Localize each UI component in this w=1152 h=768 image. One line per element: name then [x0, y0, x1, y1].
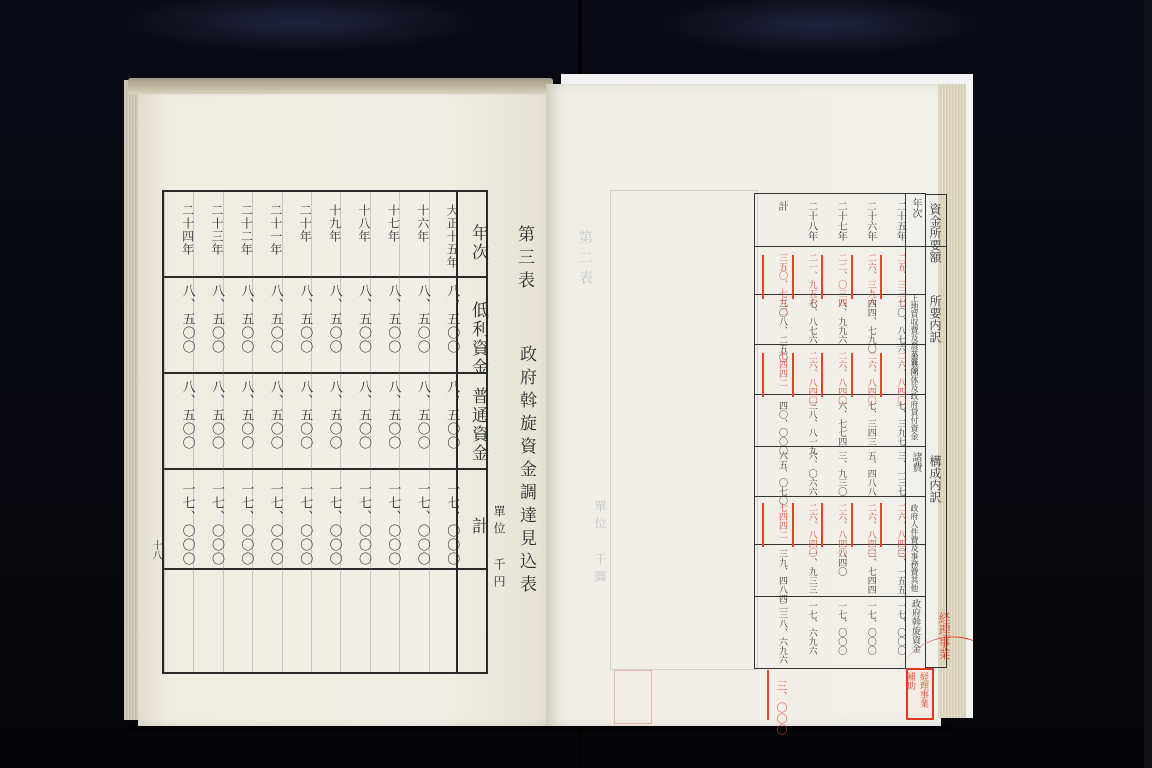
cell-breakdown-4: 三、一五五 — [874, 549, 904, 594]
table-number: 第三表 — [515, 225, 532, 294]
cell-ordinary: 八、五〇〇 — [283, 380, 312, 450]
cell-red-4: 七四四二 — [756, 503, 786, 539]
year-column: 十七年八、五〇〇八、五〇〇一七、〇〇〇 — [370, 192, 400, 672]
red-strike-line — [851, 255, 853, 299]
cell-low-interest: 八、五〇〇 — [194, 284, 223, 354]
cell-govt-fund: 一七、〇〇〇 — [874, 601, 904, 655]
red-strike-line — [851, 353, 853, 397]
cell-year: 大正十五年 — [430, 204, 459, 269]
row-header-column: 年次 低利資金 普通資金 計 — [456, 192, 486, 672]
cell-ordinary: 八、五〇〇 — [253, 380, 282, 450]
cell-low-interest: 八、五〇〇 — [312, 284, 341, 354]
cell-total: 一七、〇〇〇 — [165, 482, 194, 566]
cell-breakdown-4: 三、七四四 — [845, 549, 875, 594]
cell-breakdown-1: 四四、七九〇 — [845, 299, 875, 353]
cell-year: 二十一年 — [253, 204, 282, 256]
group-label-breakdown: 所要内訳 — [929, 295, 941, 343]
red-strike-line — [762, 255, 764, 299]
red-seal-stamp: 経理事業 補助 — [906, 668, 934, 720]
row-label-personnel: 政府人件費及事務費其他 — [910, 504, 918, 592]
group-header-column: 資金所要額 所要内訳 構成内訳 — [925, 194, 947, 668]
cell-total: 一七、〇〇〇 — [430, 482, 459, 566]
cell-breakdown-1: 八、九九六 — [815, 299, 845, 344]
cell-ordinary: 八、五〇〇 — [371, 380, 400, 450]
cell-breakdown-4: 一、九三三 — [786, 549, 816, 594]
right-year-columns: 二十五年二五、三三七二〇、八七六二六、八四〇七、三九七三、一三七二六、八四〇三、… — [756, 195, 904, 667]
cell-breakdown-2: 七、三四三 — [845, 401, 875, 446]
cell-low-interest: 八、五〇〇 — [371, 284, 400, 354]
cell-total: 一七、〇〇〇 — [341, 482, 370, 566]
cell-low-interest: 八、五〇〇 — [165, 284, 194, 354]
cell-year: 十七年 — [371, 204, 400, 243]
year-column: 二十五年二五、三三七二〇、八七六二六、八四〇七、三九七三、一三七二六、八四〇三、… — [874, 195, 904, 667]
cell-ordinary: 八、五〇〇 — [312, 380, 341, 450]
cell-breakdown-1: 二〇、八七六 — [874, 299, 904, 353]
cell-low-interest: 八、五〇〇 — [341, 284, 370, 354]
year-column: 二十八年二一、九五六七、八七六二六、八四〇三八、八一九六、〇六六二六、八四〇一、… — [786, 195, 816, 667]
red-strike-line — [792, 503, 794, 547]
ghost-heading: 第二表 — [578, 230, 592, 290]
cell-year: 十八年 — [341, 204, 370, 243]
header-year-label: 年次 — [910, 198, 920, 218]
year-column: 十九年八、五〇〇八、五〇〇一七、〇〇〇 — [311, 192, 341, 672]
year-column: 二十四年八、五〇〇八、五〇〇一七、〇〇〇 — [164, 192, 194, 672]
book-top-edge — [128, 78, 553, 94]
margin-annotation: 経理事業 — [938, 612, 950, 660]
cell-ordinary: 八、五〇〇 — [341, 380, 370, 450]
cell-breakdown-2: 四〇、〇〇〇 — [756, 401, 786, 455]
cell-ordinary: 八、五〇〇 — [224, 380, 253, 450]
year-column: 十六年八、五〇〇八、五〇〇一七、〇〇〇 — [399, 192, 429, 672]
cell-breakdown-2: 六、七七四 — [815, 401, 845, 446]
cell-year: 二十八年 — [786, 201, 816, 241]
year-column: 二十二年八、五〇〇八、五〇〇一七、〇〇〇 — [223, 192, 253, 672]
cell-ordinary: 八、五〇〇 — [430, 380, 459, 450]
red-margin-line — [767, 670, 769, 720]
cell-low-interest: 八、五〇〇 — [224, 284, 253, 354]
cell-year: 二十五年 — [874, 201, 904, 241]
cell-low-interest: 八、五〇〇 — [400, 284, 429, 354]
cell-year: 二十二年 — [224, 204, 253, 256]
cell-ordinary: 八、五〇〇 — [165, 380, 194, 450]
cell-red-2: 二六、八四〇 — [874, 351, 904, 405]
show-through-table — [610, 190, 758, 670]
year-column: 十八年八、五〇〇八、五〇〇一七、〇〇〇 — [340, 192, 370, 672]
year-column: 計三五〇、七九二三〇八、二五〇七四四二四〇、〇〇〇六五、〇七〇七四四二三九、四八… — [756, 195, 786, 667]
cell-govt-fund: 一七、六九六 — [786, 601, 816, 655]
cell-total: 一七、〇〇〇 — [194, 482, 223, 566]
year-column: 二十六年二六、三九六四四、七九〇二六、八四〇七、三四三五、四八八二六、八四〇三、… — [845, 195, 875, 667]
year-column: 二十三年八、五〇〇八、五〇〇一七、〇〇〇 — [193, 192, 223, 672]
cell-total: 一七、〇〇〇 — [312, 482, 341, 566]
cell-govt-fund: 一七、〇〇〇 — [815, 601, 845, 655]
year-column: 二十一年八、五〇〇八、五〇〇一七、〇〇〇 — [252, 192, 282, 672]
cell-red-2: 二六、八四〇 — [845, 351, 875, 405]
red-strike-line — [880, 503, 882, 547]
row-label-total: 計 — [458, 472, 486, 568]
row-label-ordinary: 普通資金 — [458, 374, 486, 470]
group-label-funds: 資金所要額 — [929, 203, 941, 263]
cell-red-2: 七四四二 — [756, 351, 786, 387]
year-columns: 大正十五年八、五〇〇八、五〇〇一七、〇〇〇十六年八、五〇〇八、五〇〇一七、〇〇〇… — [164, 192, 458, 672]
cell-total: 一七、〇〇〇 — [283, 482, 312, 566]
table-title: 政府斡旋資金調達見込表 — [517, 345, 534, 598]
row-label-misc: 諸費 — [910, 452, 920, 472]
year-column: 二十七年二二、〇三四八、九九六二六、八四〇六、七七四三、九三〇二六、八四〇八四〇… — [815, 195, 845, 667]
cell-total: 一七、〇〇〇 — [253, 482, 282, 566]
cell-year: 計 — [756, 201, 786, 211]
cell-year: 十六年 — [400, 204, 429, 243]
red-strike-line — [762, 503, 764, 547]
cell-breakdown-1: 七、八七六 — [786, 299, 816, 344]
cell-year: 二十三年 — [194, 204, 223, 256]
cell-total: 一七、〇〇〇 — [371, 482, 400, 566]
red-strike-line — [821, 353, 823, 397]
cell-low-interest: 八、五〇〇 — [253, 284, 282, 354]
cell-govt-fund: 一七、〇〇〇 — [845, 601, 875, 655]
red-strike-line — [762, 353, 764, 397]
cell-govt-fund: 二三八、六九六 — [756, 601, 786, 664]
cell-breakdown-3: 五、四八八 — [845, 451, 875, 496]
row-label-govt-fund: 政府斡旋資金 — [910, 599, 919, 653]
cell-breakdown-3: 三、九三〇 — [815, 451, 845, 496]
cell-breakdown-2: 七、三九七 — [874, 401, 904, 446]
book-bottom-shadow — [130, 726, 950, 732]
cell-red-2: 二六、八四〇 — [786, 351, 816, 405]
red-strike-line — [792, 353, 794, 397]
cell-low-interest: 八、五〇〇 — [430, 284, 459, 354]
cell-breakdown-3: 三、一三七 — [874, 451, 904, 496]
red-strike-line — [880, 353, 882, 397]
year-column: 二十年八、五〇〇八、五〇〇一七、〇〇〇 — [282, 192, 312, 672]
header-year-label: 年次 — [458, 192, 486, 288]
cell-breakdown-2: 三八、八一九 — [786, 401, 816, 455]
red-strike-line — [792, 255, 794, 299]
ghost-unit: 單位 千圓 — [594, 500, 606, 587]
bottom-annotation: 三、〇〇〇 — [776, 680, 787, 735]
year-column: 大正十五年八、五〇〇八、五〇〇一七、〇〇〇 — [429, 192, 459, 672]
cell-year: 二十四年 — [165, 204, 194, 256]
frame-edge — [1144, 0, 1152, 768]
cell-breakdown-4: 八四〇 — [815, 549, 845, 576]
cell-breakdown-3: 六五、〇七〇 — [756, 451, 786, 505]
cell-year: 二十年 — [283, 204, 312, 243]
page-number: 十八 — [150, 540, 160, 560]
cell-ordinary: 八、五〇〇 — [400, 380, 429, 450]
cell-total: 一七、〇〇〇 — [400, 482, 429, 566]
cell-year: 十九年 — [312, 204, 341, 243]
ghost-stamp — [614, 670, 652, 724]
red-strike-line — [821, 503, 823, 547]
unit-label: 單位 千円 — [493, 505, 505, 592]
cell-year: 二十七年 — [815, 201, 845, 241]
red-strike-line — [851, 503, 853, 547]
row-label-low-interest: 低利資金 — [458, 288, 486, 384]
group-label-composition: 構成内訳 — [929, 455, 941, 503]
cell-year: 二十六年 — [845, 201, 875, 241]
cell-breakdown-3: 六、〇六六 — [786, 451, 816, 496]
cell-breakdown-4: 三九、四八四 — [756, 549, 786, 603]
cell-low-interest: 八、五〇〇 — [283, 284, 312, 354]
cell-red-2: 二六、八四〇 — [815, 351, 845, 405]
cell-ordinary: 八、五〇〇 — [194, 380, 223, 450]
red-strike-line — [880, 255, 882, 299]
red-strike-line — [821, 255, 823, 299]
cell-total: 一七、〇〇〇 — [224, 482, 253, 566]
row-label-public: 公共団体及政府貸付資金 — [910, 352, 918, 440]
